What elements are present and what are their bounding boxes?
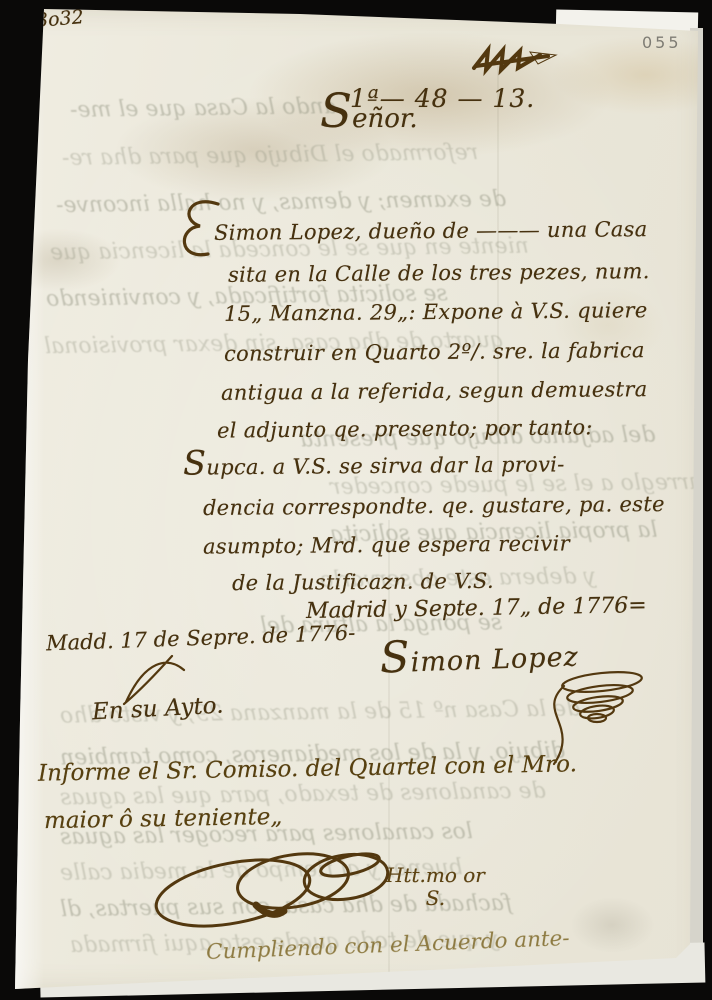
request-line-1: Supca. a V.S. se sirva dar la provi-: [183, 450, 565, 479]
decree-line-2: maior ô su teniente„: [44, 804, 283, 834]
archival-corner-number: 3o32: [35, 6, 84, 32]
manuscript-scan: ando la Casa que el me- reformado el Dib…: [0, 0, 712, 1000]
request-line-3: asumpto; Mrd. que espera recivir: [203, 531, 570, 558]
petition-line-2: sita en la Calle de los tres pezes, num.: [228, 259, 650, 287]
margin-note-date: Madd. 17 de Sepre. de 1776-: [46, 621, 356, 656]
petition-line-5: antigua a la referida, segun demuestra: [221, 377, 648, 405]
petition-line-3: 15„ Manzna. 29„: Expone à V.S. quiere: [224, 298, 648, 326]
salutation: Señor.: [320, 100, 418, 134]
petition-line-4: construir en Quarto 2º/. sre. la fabrica: [224, 338, 645, 366]
crossed-out-mark-icon: [468, 42, 560, 76]
official-abbreviation: Htt.mo or S.: [386, 864, 485, 910]
manuscript-page: ando la Casa que el me- reformado el Dib…: [0, 0, 712, 1000]
request-line-4: de la Justificazn. de V.S.: [232, 569, 494, 595]
bleedthrough-line: de examen; y demas, y no halla inconve-: [56, 187, 506, 218]
dateline: Madrid y Septe. 17„ de 1776=: [306, 593, 647, 624]
petition-line-1: Simon Lopez, dueño de ——— una Casa: [214, 217, 648, 245]
bleedthrough-line: reformado el Dibujo que para dha re-: [62, 140, 479, 171]
petition-line-6: el adjunto qe. presento; por tanto:: [217, 415, 593, 442]
bleedthrough-line: ando la Casa que el me-: [70, 94, 337, 123]
folio-number-stamp: 055: [642, 33, 682, 52]
official-rubric-icon: [148, 835, 408, 940]
request-line-2: dencia correspondte. qe. gustare, pa. es…: [203, 492, 665, 520]
